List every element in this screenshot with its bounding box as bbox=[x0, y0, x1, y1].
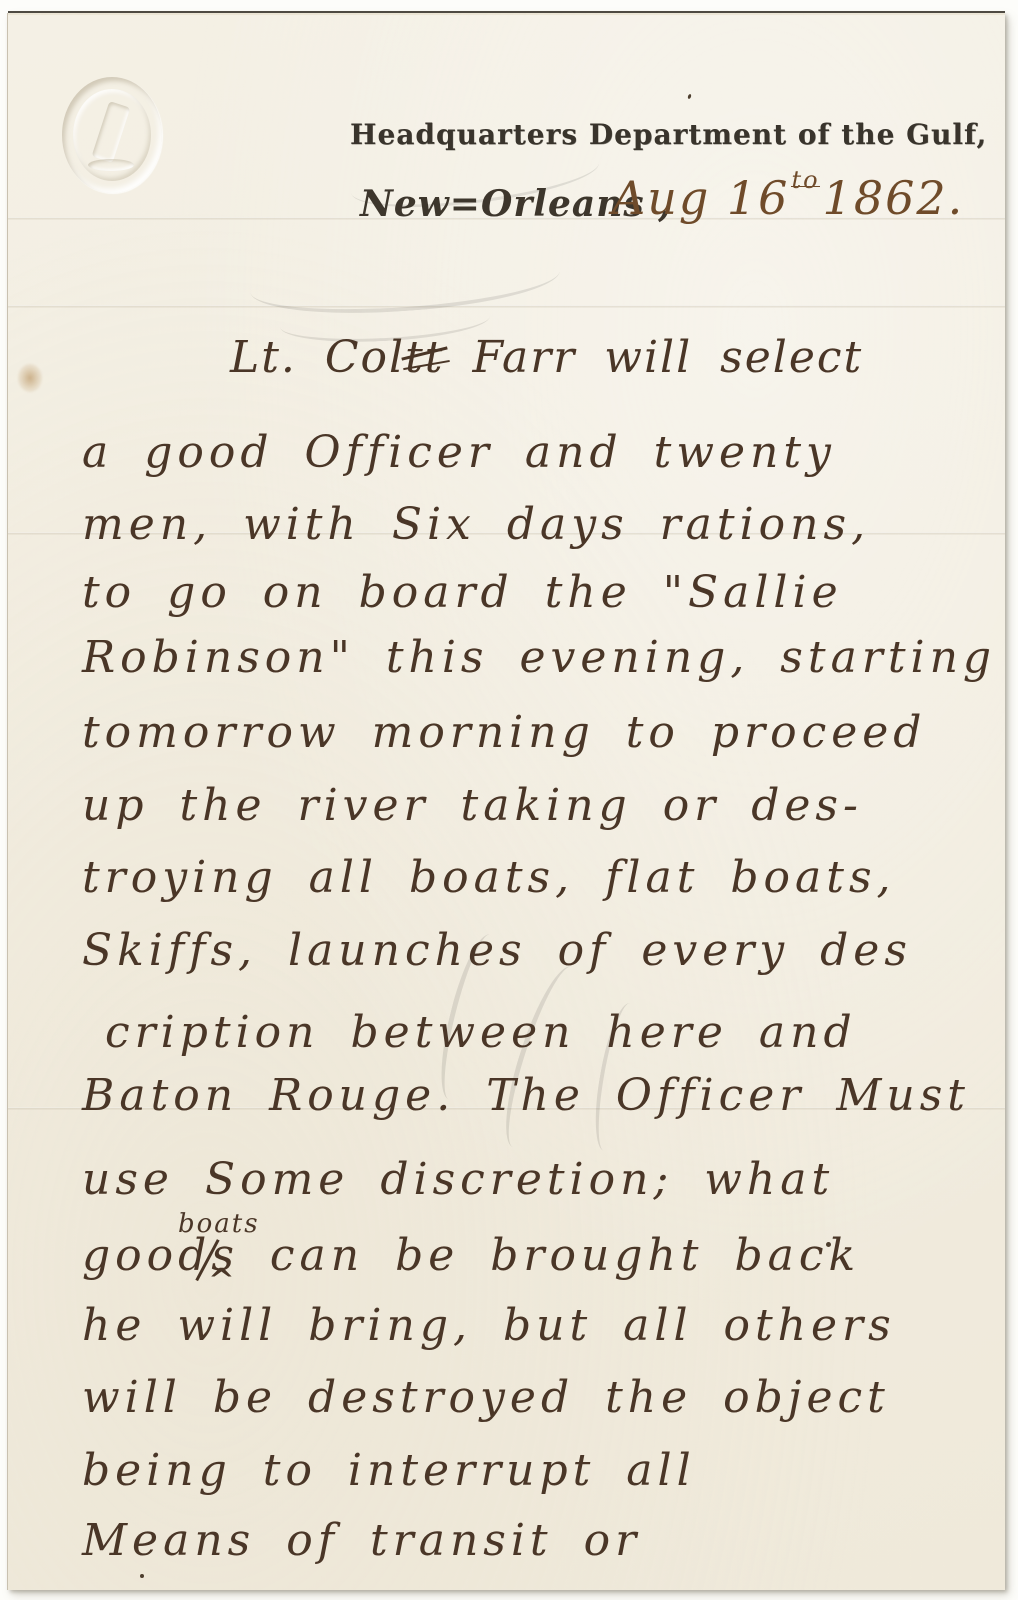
date-month-day: Aug 16 bbox=[612, 171, 789, 225]
letter-line: Baton Rouge. The Officer Must bbox=[82, 1070, 970, 1121]
ink-speck bbox=[687, 94, 692, 100]
letter-line: use Some discretion; what bbox=[82, 1154, 834, 1205]
interlinear-insertion: boats bbox=[178, 1209, 260, 1239]
letter-page: Headquarters Department of the Gulf, New… bbox=[8, 13, 1005, 1590]
letter-line: troying all boats, flat boats, bbox=[82, 852, 896, 903]
letter-line: a good Officer and twenty bbox=[82, 427, 836, 478]
embossed-seal-base bbox=[88, 159, 134, 171]
letter-line: will be destroyed the object bbox=[82, 1372, 890, 1423]
letter-line: he will bring, but all others bbox=[82, 1300, 896, 1351]
date-year: 1862. bbox=[823, 171, 965, 225]
letter-line: to go on board the "Sallie bbox=[82, 567, 843, 618]
ink-showthrough bbox=[248, 241, 561, 321]
letter-line: Means of transit or bbox=[82, 1515, 641, 1566]
handwritten-date: Aug 16to1862. bbox=[612, 171, 964, 225]
struck-out-text: tt bbox=[405, 332, 444, 383]
ink-speck bbox=[140, 1574, 144, 1578]
letter-line: cription between here and bbox=[105, 1007, 857, 1058]
foxing-stain bbox=[18, 364, 42, 392]
letter-line: Skiffs, launches of every des bbox=[82, 925, 912, 976]
insertion-caret: ^ bbox=[208, 1261, 235, 1299]
line-text: Lt. Col bbox=[230, 332, 405, 383]
letter-line: up the river taking or des- bbox=[82, 780, 863, 831]
date-superscript: to bbox=[791, 174, 819, 187]
fold-crease bbox=[8, 305, 1005, 308]
letter-line: tomorrow morning to proceed bbox=[82, 707, 926, 758]
scanned-letter-background: { "letterhead": { "title": "Headquarters… bbox=[0, 0, 1018, 1600]
letterhead-title: Headquarters Department of the Gulf, bbox=[350, 118, 987, 151]
letter-line: Lt. Coltt Farr will select bbox=[230, 332, 863, 383]
letter-line: Robinson" this evening, starting bbox=[82, 632, 996, 683]
embossed-seal-icon bbox=[62, 77, 162, 193]
letter-line: men, with Six days rations, bbox=[82, 499, 870, 550]
letter-line: being to interrupt all bbox=[82, 1445, 696, 1496]
line-text: Farr will select bbox=[444, 332, 863, 383]
